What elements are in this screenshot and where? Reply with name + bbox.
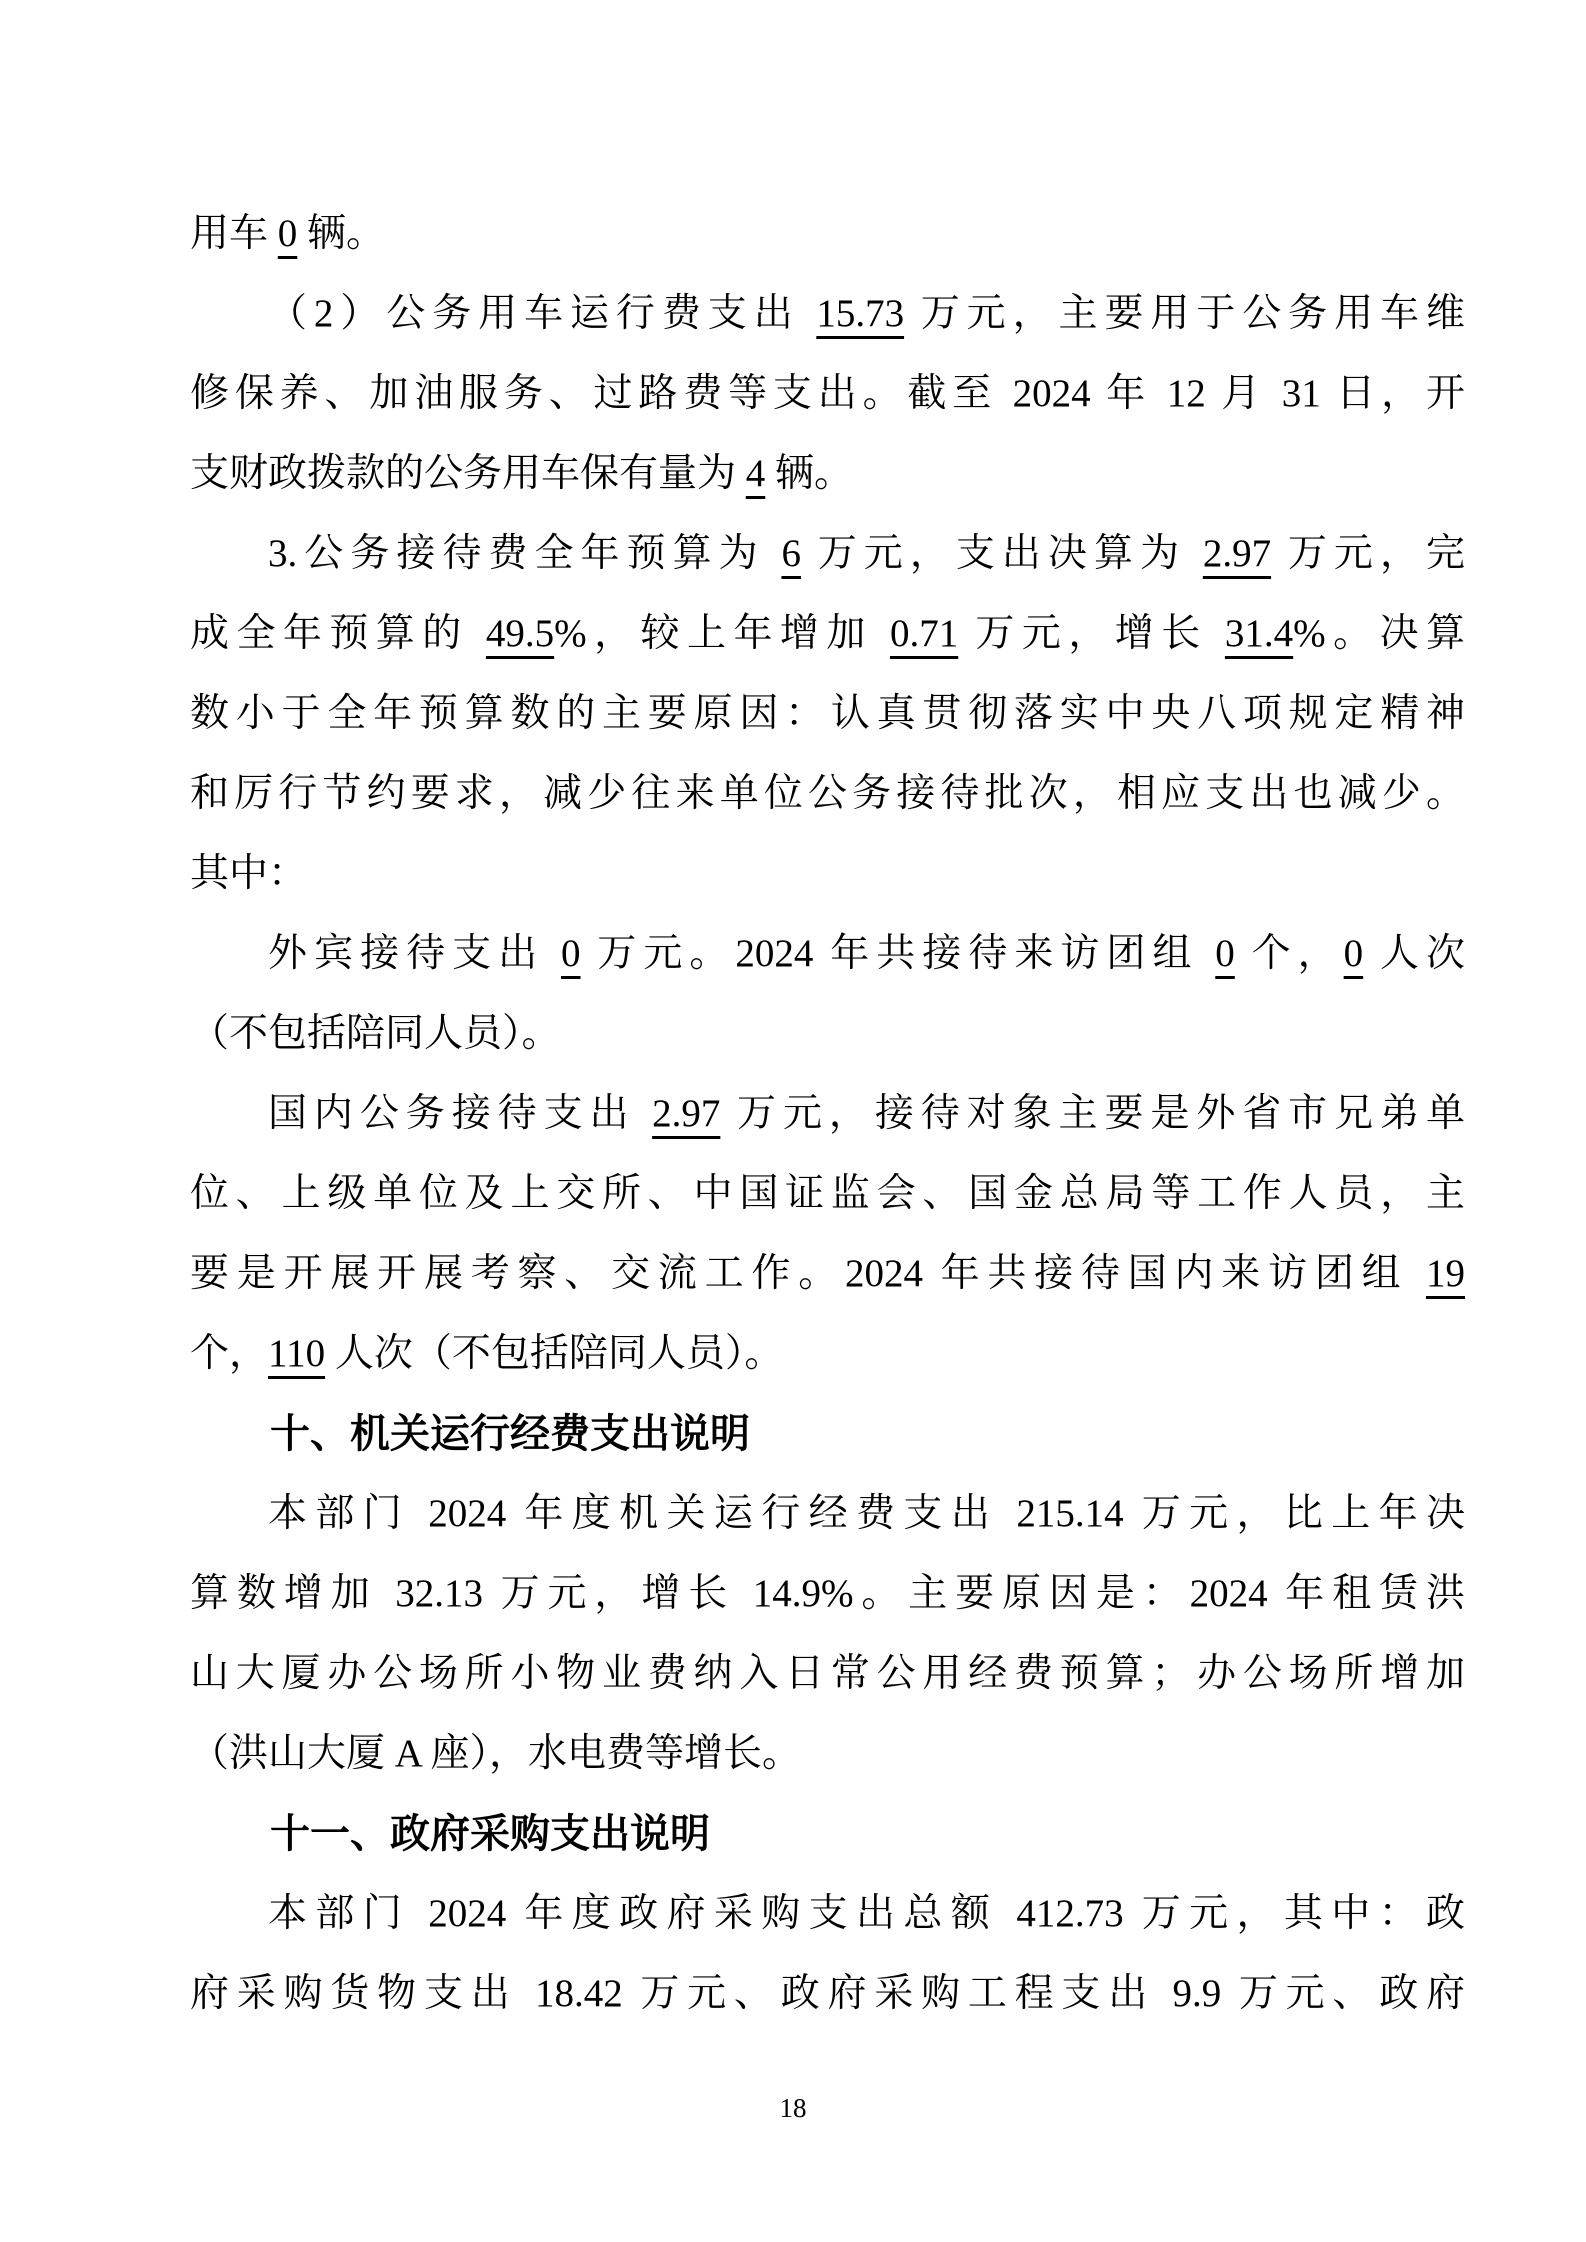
text-run: %。决算 (1293, 612, 1465, 655)
underlined-value: 0 (1344, 932, 1364, 975)
text-run: 算数增加 32.13 万元，增长 14.9%。主要原因是：2024 年租赁洪 (190, 1572, 1465, 1615)
text-run: 要是开展开展考察、交流工作。2024 年共接待国内来访团组 (190, 1252, 1426, 1295)
text-run: 个， (1235, 932, 1344, 975)
text-run: 成全年预算的 (190, 612, 486, 655)
text-run: %，较上年增加 (554, 612, 890, 655)
text-line: （洪山大厦 A 座），水电费等增长。 (190, 1714, 1465, 1794)
text-line: 外宾接待支出 0 万元。2024 年共接待来访团组 0 个，0 人次 (190, 914, 1465, 994)
text-line: 修保养、加油服务、过路费等支出。截至 2024 年 12 月 31 日，开 (190, 354, 1465, 434)
text-run: 万元，主要用于公务用车维 (904, 292, 1465, 335)
text-run: 万元。2024 年共接待来访团组 (581, 932, 1216, 975)
text-line: 其中： (190, 834, 1465, 914)
underlined-value: 15.73 (816, 292, 904, 335)
text-run: 外宾接待支出 (268, 932, 561, 975)
text-line: （不包括陪同人员）。 (190, 994, 1465, 1074)
text-line: 个，110 人次（不包括陪同人员）。 (190, 1314, 1465, 1394)
text-line: 用车 0 辆。 (190, 194, 1465, 274)
underlined-value: 2.97 (1203, 532, 1271, 575)
underlined-value: 0 (278, 212, 298, 255)
document-page: 用车 0 辆。（2）公务用车运行费支出 15.73 万元，主要用于公务用车维修保… (0, 0, 1586, 2242)
page-number: 18 (780, 2093, 807, 2123)
text-line: 支财政拨款的公务用车保有量为 4 辆。 (190, 434, 1465, 514)
text-line: 算数增加 32.13 万元，增长 14.9%。主要原因是：2024 年租赁洪 (190, 1554, 1465, 1634)
text-line: 和厉行节约要求，减少往来单位公务接待批次，相应支出也减少。 (190, 754, 1465, 834)
text-run: 人次（不包括陪同人员）。 (325, 1332, 783, 1375)
underlined-value: 0 (561, 932, 581, 975)
text-run: （洪山大厦 A 座），水电费等增长。 (190, 1732, 801, 1775)
underlined-value: 6 (781, 532, 801, 575)
underlined-value: 49.5 (486, 612, 554, 655)
underlined-value: 0 (1215, 932, 1235, 975)
text-line: 成全年预算的 49.5%，较上年增加 0.71 万元，增长 31.4%。决算 (190, 594, 1465, 674)
text-run: 数小于全年预算数的主要原因：认真贯彻落实中央八项规定精神 (190, 692, 1465, 735)
underlined-value: 4 (746, 452, 766, 495)
text-run: 位、上级单位及上交所、中国证监会、国金总局等工作人员，主 (190, 1172, 1465, 1215)
text-run: 辆。 (297, 212, 385, 255)
page-footer: 18 (0, 2093, 1586, 2124)
text-run: 十、机关运行经费支出说明 (270, 1412, 750, 1456)
text-run: 用车 (190, 212, 278, 255)
underlined-value: 31.4 (1225, 612, 1293, 655)
text-run: 修保养、加油服务、过路费等支出。截至 2024 年 12 月 31 日，开 (190, 372, 1465, 415)
text-run: 人次 (1363, 932, 1465, 975)
text-run: 辆。 (765, 452, 853, 495)
text-line: 本部门 2024 年度机关运行经费支出 215.14 万元，比上年决 (190, 1474, 1465, 1554)
text-run: 万元，增长 (958, 612, 1225, 655)
text-run: 其中： (190, 852, 307, 895)
text-run: 万元，完 (1271, 532, 1465, 575)
text-run: 支财政拨款的公务用车保有量为 (190, 452, 746, 495)
text-run: 个， (190, 1332, 268, 1375)
text-line: 国内公务接待支出 2.97 万元，接待对象主要是外省市兄弟单 (190, 1074, 1465, 1154)
text-run: 万元，支出决算为 (801, 532, 1203, 575)
text-line: 府采购货物支出 18.42 万元、政府采购工程支出 9.9 万元、政府 (190, 1954, 1465, 2034)
text-column: 用车 0 辆。（2）公务用车运行费支出 15.73 万元，主要用于公务用车维修保… (0, 0, 1586, 2034)
text-run: 本部门 2024 年度机关运行经费支出 215.14 万元，比上年决 (268, 1492, 1465, 1535)
text-run: 万元，接待对象主要是外省市兄弟单 (720, 1092, 1465, 1135)
text-line: 数小于全年预算数的主要原因：认真贯彻落实中央八项规定精神 (190, 674, 1465, 754)
text-line: （2）公务用车运行费支出 15.73 万元，主要用于公务用车维 (190, 274, 1465, 354)
underlined-value: 0.71 (890, 612, 958, 655)
text-run: 本部门 2024 年度政府采购支出总额 412.73 万元，其中：政 (268, 1892, 1465, 1935)
section-heading: 十一、政府采购支出说明 (190, 1794, 1465, 1874)
text-run: （不包括陪同人员）。 (190, 1012, 561, 1055)
text-run: （2）公务用车运行费支出 (268, 292, 816, 335)
text-line: 要是开展开展考察、交流工作。2024 年共接待国内来访团组 19 (190, 1234, 1465, 1314)
text-line: 位、上级单位及上交所、中国证监会、国金总局等工作人员，主 (190, 1154, 1465, 1234)
text-run: 山大厦办公场所小物业费纳入日常公用经费预算；办公场所增加 (190, 1652, 1465, 1695)
text-line: 本部门 2024 年度政府采购支出总额 412.73 万元，其中：政 (190, 1874, 1465, 1954)
text-run: 府采购货物支出 18.42 万元、政府采购工程支出 9.9 万元、政府 (190, 1972, 1465, 2015)
text-run: 和厉行节约要求，减少往来单位公务接待批次，相应支出也减少。 (190, 772, 1465, 815)
underlined-value: 110 (268, 1332, 325, 1375)
underlined-value: 2.97 (652, 1092, 720, 1135)
underlined-value: 19 (1426, 1252, 1465, 1295)
text-line: 3.公务接待费全年预算为 6 万元，支出决算为 2.97 万元，完 (190, 514, 1465, 594)
text-run: 国内公务接待支出 (268, 1092, 652, 1135)
text-run: 十一、政府采购支出说明 (270, 1812, 710, 1856)
text-run: 3.公务接待费全年预算为 (268, 532, 781, 575)
section-heading: 十、机关运行经费支出说明 (190, 1394, 1465, 1474)
text-line: 山大厦办公场所小物业费纳入日常公用经费预算；办公场所增加 (190, 1634, 1465, 1714)
